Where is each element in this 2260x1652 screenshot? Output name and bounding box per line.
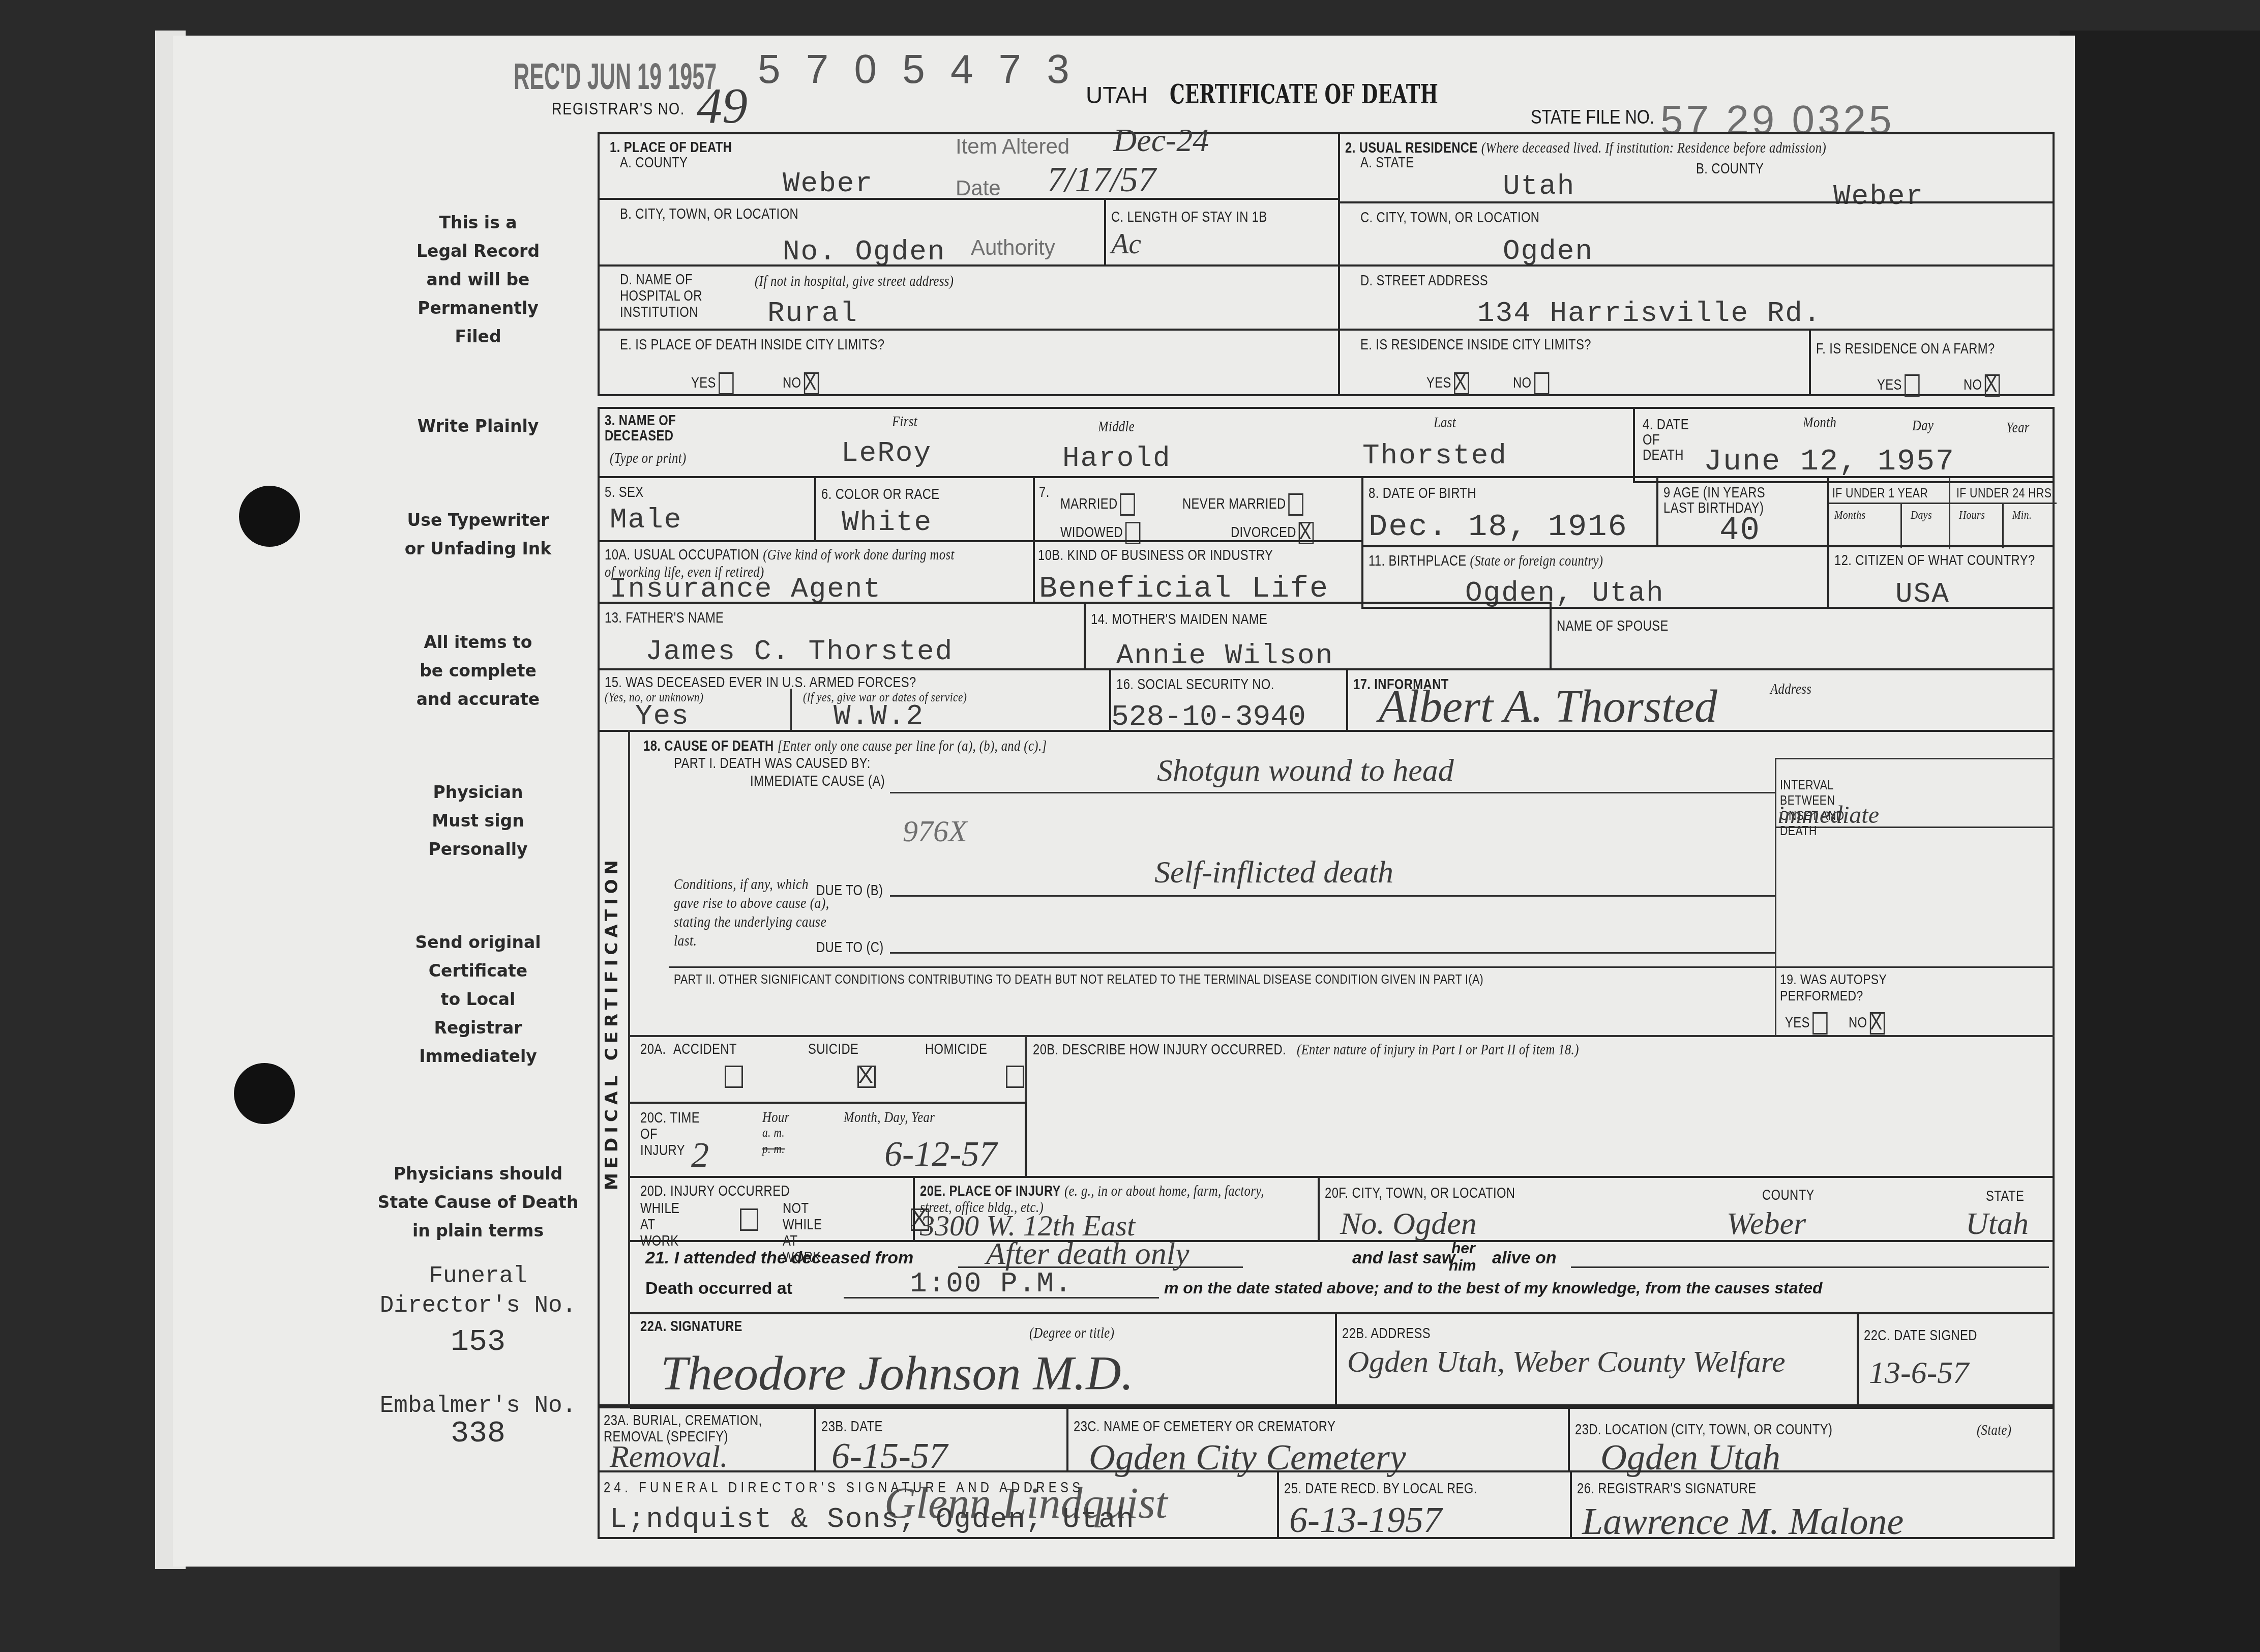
notice-physician-sign: Physician Must sign Personally (366, 778, 590, 864)
field-date-received[interactable]: 25. DATE RECD. BY LOCAL REG. 6-13-1957 (1277, 1470, 1572, 1539)
alteration-date: 7/17/57 (1047, 160, 1156, 200)
field-death-inside-city[interactable]: e. IS PLACE OF DEATH INSIDE CITY LIMITS?… (598, 329, 1340, 396)
date-of-death-label: 4. DATE OF DEATH (1643, 417, 1692, 463)
funeral-director-no: 153 (366, 1327, 590, 1357)
item-altered-value: Dec-24 (1113, 122, 1209, 159)
residence-inside-city-no-checkbox[interactable] (1534, 372, 1549, 395)
dod-year-label: Year (2006, 419, 2030, 436)
race-value: White (842, 506, 932, 539)
accident-checkbox[interactable] (725, 1066, 743, 1088)
alteration-date-label: Date (956, 176, 1001, 200)
notice-typewriter: Use Typewriter or Unfading Ink (366, 506, 590, 563)
field-residence-street[interactable]: d. STREET ADDRESS 134 Harrisville Rd. (1338, 264, 2055, 331)
field-cemetery[interactable]: 23c. NAME OF CEMETERY OR CREMATORY Ogden… (1066, 1406, 1570, 1472)
first-name-value: LeRoy (841, 437, 932, 469)
immediate-cause-label: IMMEDIATE CAUSE (a) (750, 773, 885, 790)
field-industry[interactable]: 10b. KIND OF BUSINESS OR INDUSTRY Benefi… (1033, 540, 1363, 604)
attended-label: 21. I attended the deceased from (645, 1248, 913, 1268)
first-name-label: First (892, 413, 917, 430)
death-inside-city-yes-checkbox[interactable] (719, 372, 734, 395)
residence-inside-city-yes-checkbox[interactable] (1454, 372, 1469, 395)
war-value: W.W.2 (834, 700, 924, 732)
residence-city-value: Ogden (1503, 235, 1593, 268)
registrar-no: 49 (697, 76, 748, 135)
pm-label: p. m. (762, 1141, 785, 1157)
citizen-label: 12. CITIZEN OF WHAT COUNTRY? (1834, 552, 2035, 569)
disposition-method-value: Removal. (610, 1439, 728, 1475)
physician-address-label: 22b. ADDRESS (1342, 1325, 1431, 1342)
death-time-value: 1:00 P.M. (910, 1267, 1073, 1300)
field-physician-address[interactable]: 22b. ADDRESS Ogden Utah, Weber County We… (1335, 1312, 1859, 1409)
injury-date-value: 6-12-57 (884, 1134, 997, 1175)
days-field[interactable]: Days (1911, 509, 1932, 522)
cemetery-state-label: (State) (1977, 1422, 2011, 1439)
medical-certification-label: MEDICAL CERTIFICATION (602, 855, 622, 1190)
field-residence-city[interactable]: c. CITY, TOWN, OR LOCATION Ogden (1338, 201, 2055, 267)
never-married-checkbox[interactable] (1288, 493, 1303, 516)
field-length-of-stay[interactable]: c. LENGTH OF STAY IN 1b Ac (1104, 198, 1340, 267)
race-label: 6. COLOR OR RACE (821, 486, 940, 503)
length-of-stay-label: c. LENGTH OF STAY IN 1b (1111, 209, 1267, 226)
registrar-signature-value: Lawrence M. Malone (1582, 1500, 1904, 1544)
residence-farm-label: f. IS RESIDENCE ON A FARM? (1816, 341, 1995, 358)
field-informant[interactable]: 17. INFORMANT Address Albert A. Thorsted (1346, 668, 2055, 732)
place-county-value: Weber (783, 167, 873, 200)
alive-on-label: alive on (1492, 1248, 1557, 1268)
armed-forces-value: Yes (635, 700, 690, 732)
sex-label: 5. SEX (605, 484, 643, 501)
residence-farm-yes-checkbox[interactable] (1905, 374, 1920, 397)
hospital-label: d. NAME OF HOSPITAL OR INSTITUTION (620, 272, 728, 320)
field-injury-at-work[interactable]: 20d. INJURY OCCURRED WHILE AT WORK NOT W… (630, 1176, 915, 1242)
ssn-label: 16. SOCIAL SECURITY NO. (1116, 676, 1274, 693)
authority-label: Authority (971, 235, 1055, 260)
homicide-checkbox[interactable] (1006, 1066, 1024, 1088)
received-stamp: REC'D JUN 19 1957 (514, 56, 717, 98)
mdy-label: Month, Day, Year (844, 1109, 935, 1126)
death-inside-city-label: e. IS PLACE OF DEATH INSIDE CITY LIMITS? (620, 337, 884, 353)
suicide-checkbox[interactable] (857, 1066, 876, 1088)
sex-value: Male (610, 504, 682, 536)
title-prefix: UTAH (1086, 81, 1148, 109)
residence-county-label: b. COUNTY (1696, 161, 1764, 178)
industry-label: 10b. KIND OF BUSINESS OR INDUSTRY (1038, 547, 1273, 564)
field-sex[interactable]: 5. SEX Male (598, 476, 816, 542)
residence-city-label: c. CITY, TOWN, OR LOCATION (1360, 210, 1539, 226)
field-funeral-director[interactable]: 24. FUNERAL DIRECTOR'S SIGNATURE AND ADD… (598, 1470, 1279, 1539)
notice-complete: All items to be complete and accurate (366, 628, 590, 714)
homicide-label: HOMICIDE (925, 1041, 987, 1058)
dod-day-label: Day (1912, 417, 1934, 434)
ssn-value: 528-10-3940 (1111, 701, 1306, 734)
cause-code: 976X (903, 814, 967, 849)
suicide-label: SUICIDE (808, 1041, 858, 1058)
attended-from-value: After death only (986, 1236, 1189, 1272)
dob-value: Dec. 18, 1916 (1369, 509, 1628, 545)
date-received-value: 6-13-1957 (1289, 1499, 1442, 1541)
notice-legal-record: This is a Legal Record and will be Perma… (366, 209, 590, 351)
hospital-hint: (If not in hospital, give street address… (755, 273, 954, 290)
injury-hour-value: 2 (691, 1135, 709, 1176)
injury-occurred-label: 20d. INJURY OCCURRED (640, 1183, 790, 1200)
armed-forces-label: 15. WAS DECEASED EVER IN U.S. ARMED FORC… (605, 674, 916, 691)
certification-statement: m on the date stated above; and to the b… (1164, 1279, 1822, 1297)
item-altered-label: Item Altered (956, 134, 1069, 159)
injury-city-value: No. Ogden (1340, 1206, 1477, 1242)
embalmer-no: 338 (366, 1419, 590, 1449)
death-inside-city-no-checkbox[interactable] (804, 372, 819, 395)
part1-label: PART I. DEATH WAS CAUSED BY: (674, 755, 871, 772)
field-place-of-injury[interactable]: 20e. PLACE OF INJURY (e. g., in or about… (913, 1176, 1320, 1242)
field-registrar-signature[interactable]: 26. REGISTRAR'S SIGNATURE Lawrence M. Ma… (1570, 1470, 2055, 1539)
field-injury-description[interactable]: 20b. DESCRIBE HOW INJURY OCCURRED. (Ente… (1027, 1035, 2055, 1177)
months-field[interactable]: Months (1834, 509, 1866, 522)
spouse-label: NAME OF SPOUSE (1557, 618, 1669, 635)
residence-state-label: a. STATE (1360, 155, 1414, 171)
residence-farm-no-checkbox[interactable] (1984, 374, 2000, 397)
field-date-signed[interactable]: 22c. DATE SIGNED 13-6-57 (1857, 1312, 2055, 1409)
part2-label: PART II. OTHER SIGNIFICANT CONDITIONS CO… (674, 971, 1483, 987)
notice-write-plainly: Write Plainly (366, 412, 590, 440)
married-checkbox[interactable] (1120, 493, 1135, 516)
field-residence-inside-city[interactable]: e. IS RESIDENCE INSIDE CITY LIMITS? YES … (1338, 329, 1811, 396)
hospital-value: Rural (767, 297, 858, 330)
field-disposition-date[interactable]: 23b. DATE 6-15-57 (814, 1406, 1068, 1472)
dod-month-label: Month (1803, 414, 1836, 431)
funeral-director-signature: Glenn Lindquist (884, 1478, 1168, 1528)
death-at-label: Death occurred at (645, 1279, 792, 1299)
last-name-value: Thorsted (1362, 439, 1507, 472)
physician-address-value: Ogden Utah, Weber County Welfare (1347, 1345, 1851, 1378)
notice-send-original: Send original Certificate to Local Regis… (366, 928, 590, 1071)
field-birthplace[interactable]: 11. BIRTHPLACE (State or foreign country… (1361, 545, 1829, 609)
field-physician-signature[interactable]: 22a. SIGNATURE (Degree or title) Theodor… (630, 1312, 1337, 1409)
industry-value: Beneficial Life (1039, 572, 1329, 606)
binder-hole-icon (239, 486, 300, 547)
field-attendance[interactable]: 21. I attended the deceased from After d… (630, 1242, 2055, 1311)
field-father-name[interactable]: 13. FATHER'S NAME James C. Thorsted (598, 602, 1086, 670)
field-under-one-year: IF UNDER 1 YEAR IF UNDER 24 HRS. Months … (1827, 476, 2055, 547)
field-ssn[interactable]: 16. SOCIAL SECURITY NO. 528-10-3940 (1109, 668, 1348, 732)
field-mother-name[interactable]: 14. MOTHER'S MAIDEN NAME Annie Wilson (1084, 602, 1552, 670)
due-to-b-value[interactable]: Self-inflicted death (1154, 854, 1393, 891)
funeral-director-no-label: Funeral Director's No. (366, 1261, 590, 1320)
scanner-background (2060, 31, 2260, 1652)
disposition-date-label: 23b. DATE (821, 1419, 883, 1435)
min-field[interactable]: Min. (2012, 509, 2032, 522)
registrar-no-label: REGISTRAR'S NO. (552, 99, 685, 119)
field-race[interactable]: 6. COLOR OR RACE White (814, 476, 1035, 542)
residence-street-label: d. STREET ADDRESS (1360, 273, 1488, 289)
name-hint: (Type or print) (610, 450, 687, 467)
injury-state-value: Utah (1966, 1206, 2029, 1242)
while-at-work-checkbox[interactable] (740, 1208, 758, 1231)
father-label: 13. FATHER'S NAME (605, 610, 724, 627)
injury-state-label: STATE (1986, 1188, 2024, 1205)
middle-name-value: Harold (1062, 442, 1171, 475)
him-label: him (1449, 1257, 1476, 1275)
field-disposition-method[interactable]: 23a. BURIAL, CREMATION, REMOVAL (Specify… (598, 1406, 816, 1472)
residence-inside-city-label: e. IS RESIDENCE INSIDE CITY LIMITS? (1360, 337, 1591, 353)
date-received-label: 25. DATE RECD. BY LOCAL REG. (1284, 1481, 1477, 1497)
last-name-label: Last (1434, 414, 1456, 431)
informant-address-label: Address (1770, 681, 1811, 698)
middle-name-label: Middle (1098, 418, 1135, 435)
injury-county-label: COUNTY (1762, 1187, 1815, 1204)
interval-value[interactable]: immediate (1777, 801, 1879, 829)
last-saw-label: and last saw (1352, 1248, 1455, 1268)
date-of-death-value: June 12, 1957 (1704, 445, 1955, 479)
immediate-cause-value[interactable]: Shotgun wound to head (1157, 753, 1454, 789)
hours-field[interactable]: Hours (1959, 509, 1985, 522)
certificate-serial: 5 7 0 5 4 7 3 (758, 46, 1077, 93)
marital-label: 7. (1039, 484, 1050, 501)
date-signed-value: 13-6-57 (1869, 1355, 1969, 1391)
injury-city-label: 20f. CITY, TOWN, OR LOCATION (1325, 1185, 1515, 1202)
field-place-county[interactable]: 1. PLACE OF DEATH a. COUNTY Weber Item A… (598, 132, 1340, 200)
field-residence-state-county[interactable]: 2. USUAL RESIDENCE (Where deceased lived… (1338, 132, 2055, 203)
physician-signature: Theodore Johnson M.D. (661, 1345, 1134, 1401)
field-age[interactable]: 9 AGE (In years last birthday) 40 (1656, 476, 1829, 547)
city-label: b. CITY, TOWN, OR LOCATION (620, 206, 798, 223)
field-marital-status[interactable]: 7. MARRIED NEVER MARRIED WIDOWED DIVORCE… (1033, 476, 1363, 542)
conditions-hint: Conditions, if any, which gave rise to a… (674, 875, 829, 950)
age-value: 40 (1719, 513, 1761, 549)
field-date-of-death[interactable]: 4. DATE OF DEATH Month Day Year June 12,… (1633, 407, 2055, 483)
registrar-signature-label: 26. REGISTRAR'S SIGNATURE (1577, 1481, 1757, 1497)
cemetery-label: 23c. NAME OF CEMETERY OR CREMATORY (1074, 1419, 1335, 1435)
county-label: a. COUNTY (620, 155, 688, 171)
field-cemetery-location[interactable]: 23d. LOCATION (City, town, or county) (S… (1568, 1406, 2055, 1472)
mother-value: Annie Wilson (1116, 639, 1333, 672)
father-value: James C. Thorsted (645, 635, 953, 668)
autopsy-label: 19. WAS AUTOPSY PERFORMED? (1780, 971, 1888, 1004)
due-to-c-label: DUE TO (c) (816, 939, 884, 956)
field-deceased-name[interactable]: 3. NAME OF DECEASED (Type or print) Firs… (598, 407, 1635, 478)
accident-label: ACCIDENT (673, 1041, 737, 1058)
dob-label: 8. DATE OF BIRTH (1369, 485, 1476, 502)
am-label: a. m. (762, 1125, 785, 1140)
hour-label: Hour (762, 1109, 790, 1126)
injury-county-value: Weber (1727, 1206, 1806, 1242)
under-24-label: IF UNDER 24 HRS. (1956, 485, 2055, 501)
degree-label: (Degree or title) (1029, 1324, 1114, 1342)
informant-signature: Albert A. Thorsted (1379, 681, 1717, 733)
field-hospital[interactable]: d. NAME OF HOSPITAL OR INSTITUTION (If n… (598, 264, 1340, 331)
death-certificate-form: 1. PLACE OF DEATH a. COUNTY Weber Item A… (598, 132, 2055, 1549)
age-label: 9 AGE (In years last birthday) (1663, 485, 1785, 516)
her-label: her (1451, 1240, 1475, 1257)
under-1-year-label: IF UNDER 1 YEAR (1832, 485, 1928, 501)
mother-label: 14. MOTHER'S MAIDEN NAME (1091, 611, 1267, 628)
field-occupation[interactable]: 10a. USUAL OCCUPATION (Give kind of work… (598, 540, 1035, 604)
state-file-label: STATE FILE NO. (1531, 107, 1654, 129)
field-residence-farm[interactable]: f. IS RESIDENCE ON A FARM? YES NO (1809, 329, 2055, 396)
field-spouse-name[interactable]: NAME OF SPOUSE (1550, 607, 2055, 670)
manner-label: 20a. (640, 1041, 666, 1058)
field-citizenship[interactable]: 12. CITIZEN OF WHAT COUNTRY? USA (1827, 545, 2055, 609)
date-signed-label: 22c. DATE SIGNED (1864, 1327, 1977, 1344)
autopsy-yes-checkbox[interactable] (1812, 1012, 1828, 1035)
field-armed-forces[interactable]: 15. WAS DECEASED EVER IN U.S. ARMED FORC… (598, 668, 1111, 732)
residence-state-value: Utah (1503, 170, 1575, 202)
field-place-city[interactable]: b. CITY, TOWN, OR LOCATION No. Ogden Aut… (598, 198, 1106, 267)
autopsy-no-checkbox[interactable] (1869, 1012, 1885, 1035)
binder-hole-icon (234, 1063, 295, 1124)
field-manner-of-death[interactable]: 20a. ACCIDENT SUICIDE HOMICIDE (630, 1035, 1027, 1104)
field-time-of-injury[interactable]: 20c. TIME OF INJURY Hour a. m. p. m. Mon… (630, 1102, 1027, 1178)
citizen-value: USA (1895, 578, 1950, 610)
due-to-b-label: DUE TO (b) (816, 882, 883, 899)
occupation-value: Insurance Agent (610, 573, 881, 605)
field-date-of-birth[interactable]: 8. DATE OF BIRTH Dec. 18, 1916 (1361, 476, 1658, 547)
field-injury-location[interactable]: 20f. CITY, TOWN, OR LOCATION COUNTY STAT… (1318, 1176, 2055, 1242)
page-title: CERTIFICATE OF DEATH (1170, 79, 1438, 110)
residence-street-value: 134 Harrisville Rd. (1477, 297, 1822, 330)
authority-initials: Ac (1111, 228, 1141, 260)
notice-cause-plain: Physicians should State Cause of Death i… (366, 1160, 590, 1245)
place-city-value: No. Ogden (783, 235, 945, 268)
